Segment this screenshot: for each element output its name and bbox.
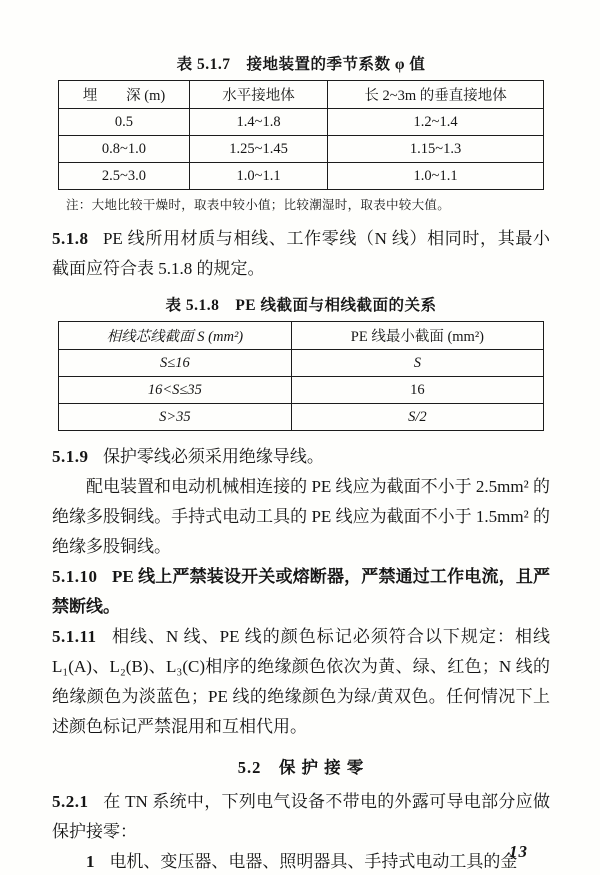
clause-5-1-9: 5.1.9保护零线必须采用绝缘导线。: [52, 442, 550, 472]
table-5-1-8: 相线芯线截面 S (mm²) PE 线最小截面 (mm²) S≤16 S 16<…: [58, 321, 544, 431]
clause-text: 相线、N 线、PE 线的颜色标记必须符合以下规定：相线 L₁(A)、L₂(B)、…: [52, 627, 550, 736]
clause-5-1-11: 5.1.11相线、N 线、PE 线的颜色标记必须符合以下规定：相线 L₁(A)、…: [52, 622, 550, 742]
page-number: 13: [509, 842, 528, 862]
clause-5-1-8: 5.1.8PE 线所用材质与相线、工作零线（N 线）相同时，其最小截面应符合表 …: [52, 224, 550, 284]
table-row: 16<S≤35 16: [59, 377, 544, 404]
table-cell: 1.25~1.45: [189, 136, 327, 163]
table-5-1-7-title: 表 5.1.7 接地装置的季节系数 φ 值: [52, 52, 550, 74]
clause-text: 保护零线必须采用绝缘导线。: [103, 447, 324, 466]
clause-number: 5.1.9: [52, 447, 89, 466]
table-cell: 1.4~1.8: [189, 109, 327, 136]
clause-text: PE 线所用材质与相线、工作零线（N 线）相同时，其最小截面应符合表 5.1.8…: [52, 229, 550, 278]
clause-text: 在 TN 系统中，下列电气设备不带电的外露可导电部分应做保护接零：: [52, 792, 550, 841]
table-row: S≤16 S: [59, 350, 544, 377]
table-header-cell: 埋 深 (m): [59, 81, 190, 109]
table-cell: S/2: [291, 404, 543, 431]
table-cell: S: [291, 350, 543, 377]
table-cell: 0.5: [59, 109, 190, 136]
table-header-cell: 水平接地体: [189, 81, 327, 109]
document-page: 表 5.1.7 接地装置的季节系数 φ 值 埋 深 (m) 水平接地体 长 2~…: [0, 0, 600, 875]
section-5-2-heading: 5.2 保 护 接 零: [52, 754, 550, 778]
table-note: 注：大地比较干燥时，取表中较小值；比较潮湿时，取表中较大值。: [66, 195, 550, 213]
table-cell: 1.0~1.1: [189, 163, 327, 190]
page-content: 表 5.1.7 接地装置的季节系数 φ 值 埋 深 (m) 水平接地体 长 2~…: [52, 52, 550, 875]
table-header-cell: PE 线最小截面 (mm²): [291, 322, 543, 350]
table-cell: 2.5~3.0: [59, 163, 190, 190]
table-header-row: 相线芯线截面 S (mm²) PE 线最小截面 (mm²): [59, 322, 544, 350]
table-cell: 1.0~1.1: [328, 163, 544, 190]
clause-number: 5.1.10: [52, 567, 98, 586]
clause-5-1-9-paragraph-2: 配电装置和电动机械相连接的 PE 线应为截面不小于 2.5mm² 的绝缘多股铜线…: [52, 472, 550, 562]
table-cell: 1.2~1.4: [328, 109, 544, 136]
table-cell: S>35: [59, 404, 292, 431]
table-cell: 16<S≤35: [59, 377, 292, 404]
clause-5-1-10: 5.1.10PE 线上严禁装设开关或熔断器，严禁通过工作电流，且严禁断线。: [52, 562, 550, 622]
table-5-1-7: 埋 深 (m) 水平接地体 长 2~3m 的垂直接地体 0.5 1.4~1.8 …: [58, 80, 544, 190]
clause-number: 5.1.8: [52, 229, 89, 248]
table-5-1-8-title: 表 5.1.8 PE 线截面与相线截面的关系: [52, 293, 550, 315]
table-cell: 16: [291, 377, 543, 404]
clause-number: 5.1.11: [52, 627, 97, 646]
clause-text: PE 线上严禁装设开关或熔断器，严禁通过工作电流，且严禁断线。: [52, 567, 550, 616]
item-text: 电机、变压器、电器、照明器具、手持式电动工具的金: [109, 852, 517, 871]
list-item-1: 1电机、变压器、电器、照明器具、手持式电动工具的金: [52, 847, 550, 875]
table-row: 0.8~1.0 1.25~1.45 1.15~1.3: [59, 136, 544, 163]
clause-5-2-1: 5.2.1在 TN 系统中，下列电气设备不带电的外露可导电部分应做保护接零：: [52, 787, 550, 847]
table-cell: S≤16: [59, 350, 292, 377]
table-row: S>35 S/2: [59, 404, 544, 431]
table-header-cell: 长 2~3m 的垂直接地体: [328, 81, 544, 109]
clause-number: 5.2.1: [52, 792, 89, 811]
table-row: 0.5 1.4~1.8 1.2~1.4: [59, 109, 544, 136]
table-header-cell: 相线芯线截面 S (mm²): [59, 322, 292, 350]
item-number: 1: [86, 852, 95, 871]
table-header-row: 埋 深 (m) 水平接地体 长 2~3m 的垂直接地体: [59, 81, 544, 109]
table-row: 2.5~3.0 1.0~1.1 1.0~1.1: [59, 163, 544, 190]
table-cell: 1.15~1.3: [328, 136, 544, 163]
table-cell: 0.8~1.0: [59, 136, 190, 163]
